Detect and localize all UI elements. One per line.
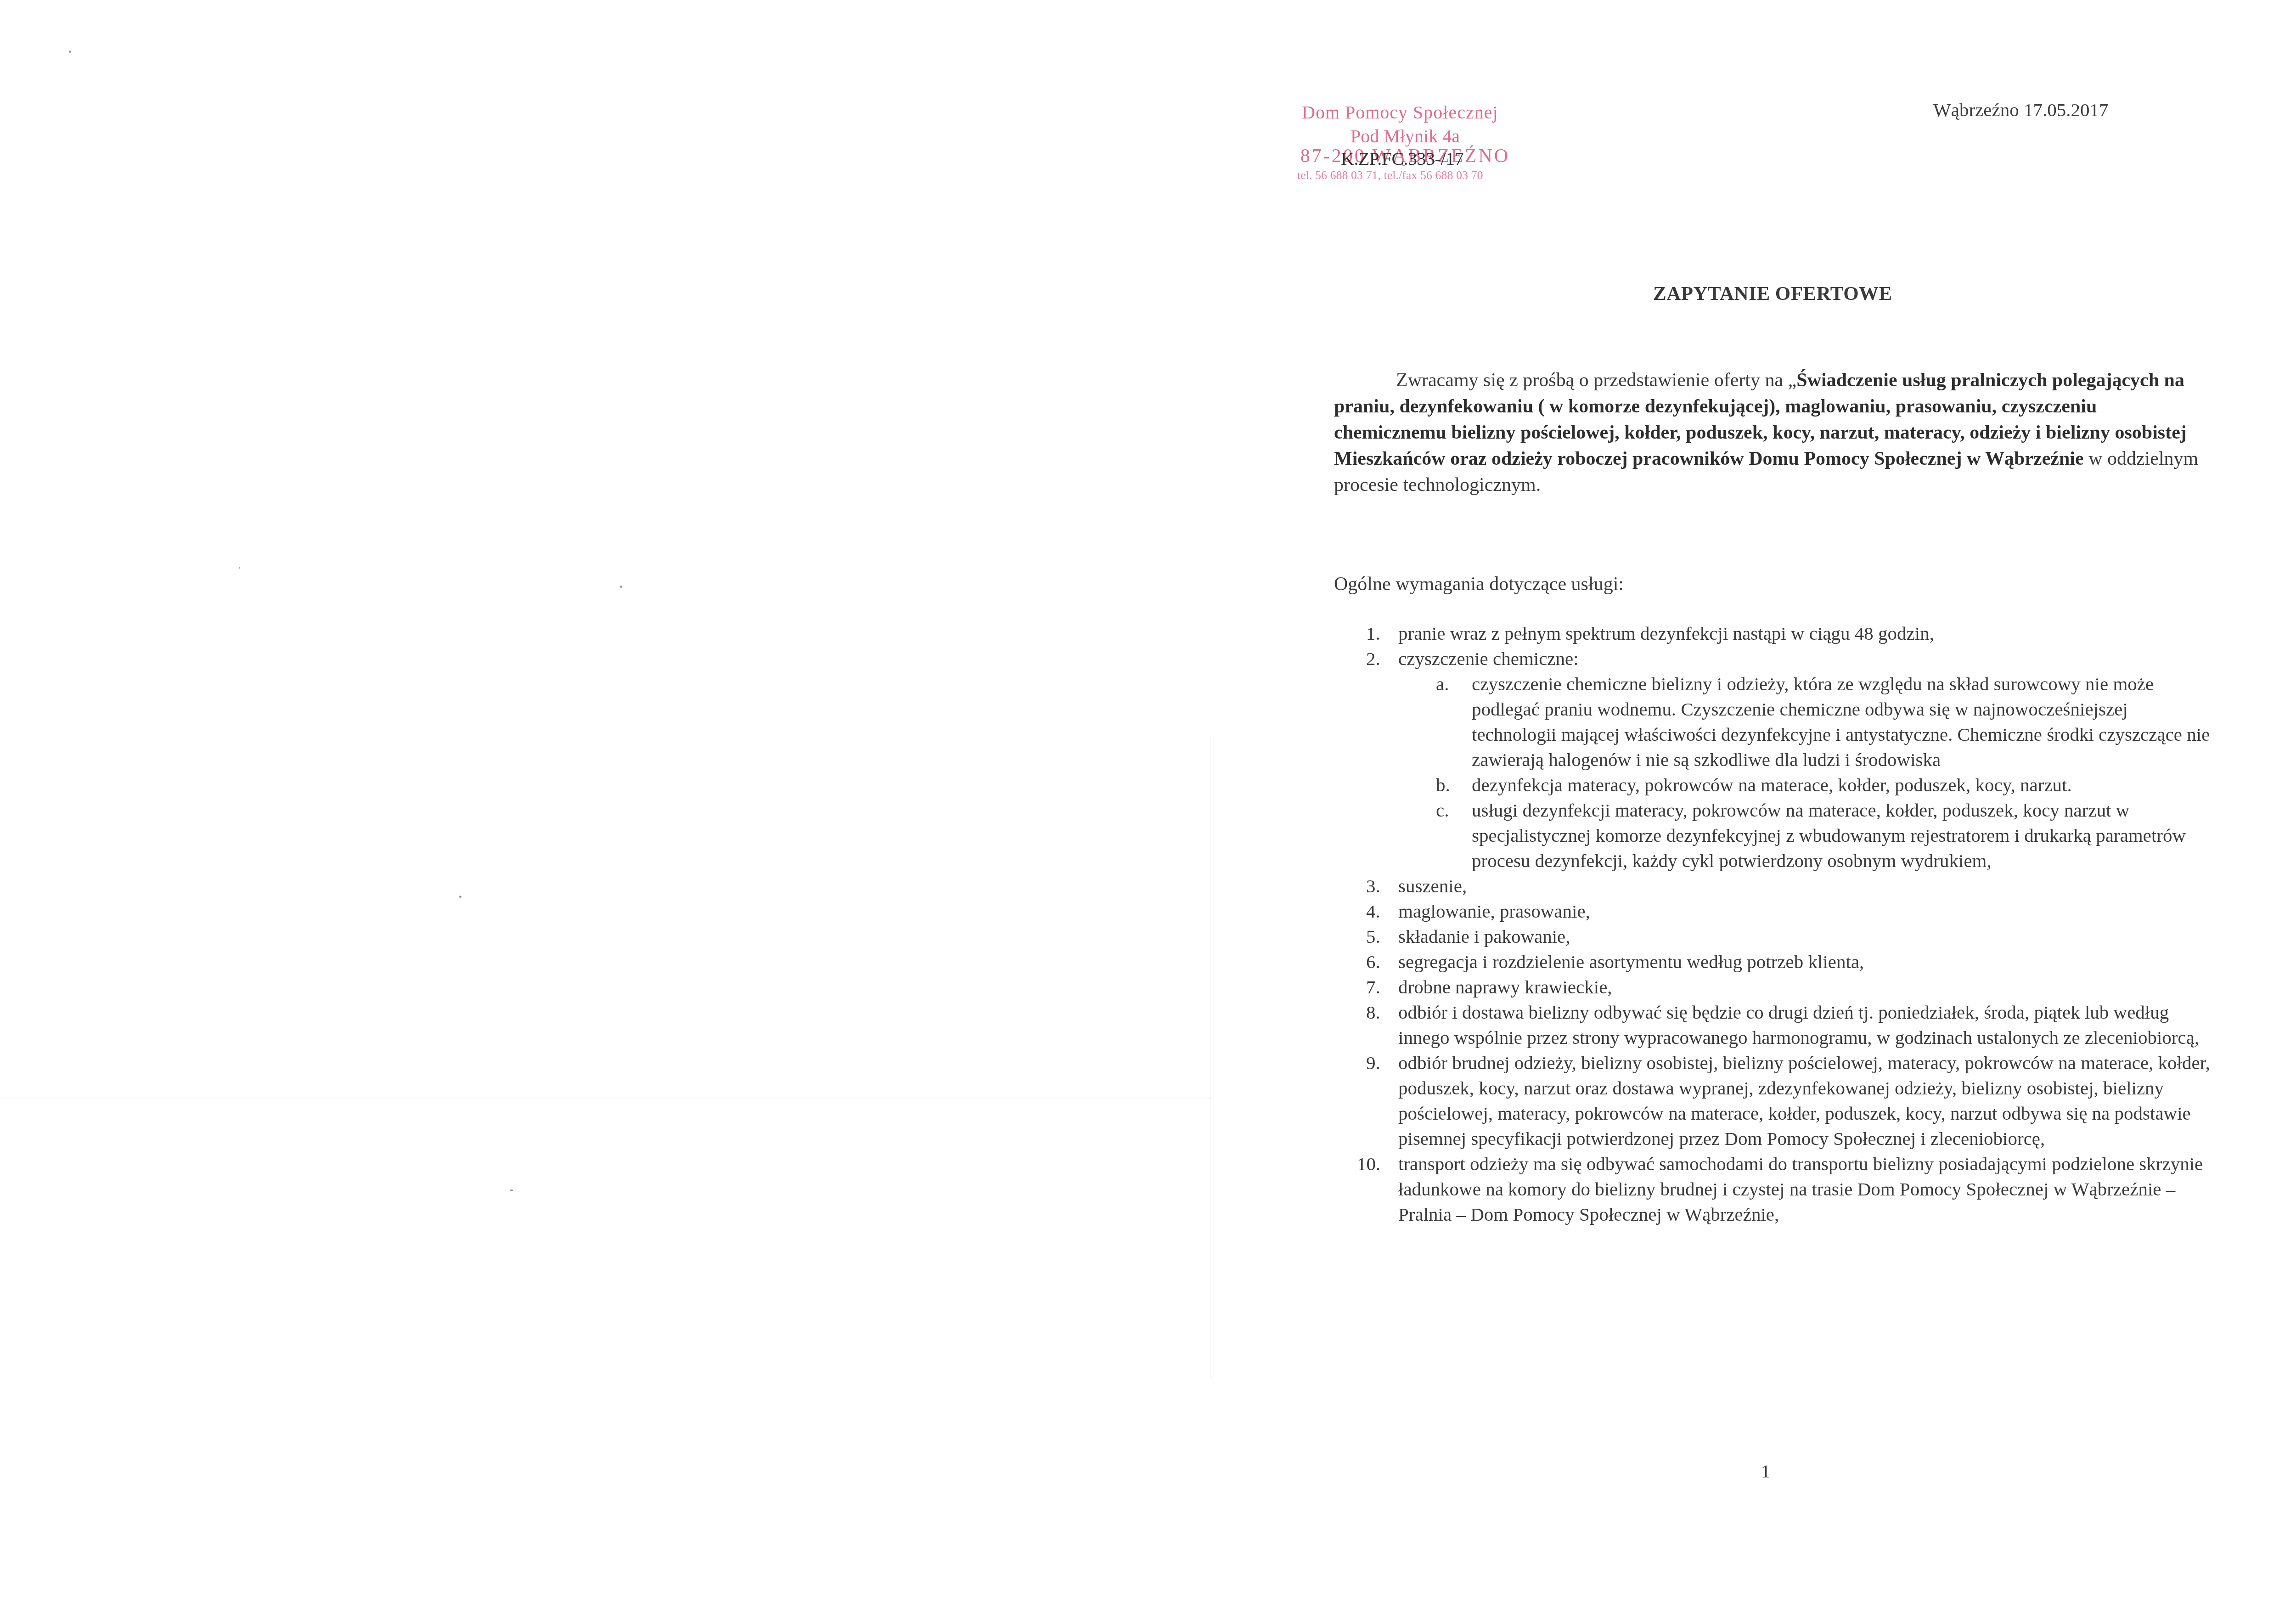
document-title: ZAPYTANIE OFERTOWE — [1653, 282, 1892, 305]
list-item: 7. drobne naprawy krawieckie, — [1334, 975, 2211, 1000]
list-item: 5. składanie i pakowanie, — [1334, 924, 2211, 949]
list-item: 10. transport odzieży ma się odbywać sam… — [1334, 1151, 2211, 1227]
list-item: 3. suszenie, — [1334, 874, 2211, 899]
scan-speck — [620, 586, 622, 588]
list-item: 1. pranie wraz z pełnym spektrum dezynfe… — [1334, 621, 2211, 646]
list-item-number: 10. — [1357, 1151, 1380, 1177]
list-item-text: pranie wraz z pełnym spektrum dezynfekcj… — [1398, 623, 1934, 644]
list-item-number: 9. — [1366, 1050, 1380, 1076]
blank-scanned-page — [0, 0, 1212, 1612]
sub-list-text: czyszczenie chemiczne bielizny i odzieży… — [1472, 673, 2210, 770]
scan-speck — [459, 896, 461, 898]
sub-list-item: a. czyszczenie chemiczne bielizny i odzi… — [1334, 671, 2211, 772]
list-item: 6. segregacja i rozdzielenie asortymentu… — [1334, 949, 2211, 975]
list-item: 9. odbiór brudnej odzieży, bielizny osob… — [1334, 1050, 2211, 1151]
list-item: 2. czyszczenie chemiczne: a. czyszczenie… — [1334, 646, 2211, 874]
sub-list-letter: c. — [1436, 798, 1449, 823]
scan-speck — [69, 51, 71, 53]
list-item-number: 5. — [1366, 924, 1380, 949]
scan-speck — [510, 1189, 513, 1191]
page-number: 1 — [1761, 1460, 1770, 1482]
list-item-number: 1. — [1366, 621, 1380, 646]
sub-list-item: b. dezynfekcja materacy, pokrowców na ma… — [1334, 772, 2211, 798]
scan-speck — [239, 567, 240, 569]
stamp-institution-name: Dom Pomocy Społecznej — [1297, 103, 1513, 122]
list-item: 8. odbiór i dostawa bielizny odbywać się… — [1334, 1000, 2211, 1050]
sub-list: a. czyszczenie chemiczne bielizny i odzi… — [1398, 671, 2211, 874]
place-and-date: Wąbrzeźno 17.05.2017 — [1933, 99, 2108, 121]
institution-stamp: Dom Pomocy Społecznej Pod Młynik 4a 87-2… — [1297, 103, 1513, 181]
intro-lead: Zwracamy się z prośbą o przedstawienie o… — [1396, 370, 1796, 391]
sub-list-text: usługi dezynfekcji materacy, pokrowców n… — [1472, 800, 2186, 871]
list-item-text: segregacja i rozdzielenie asortymentu we… — [1398, 951, 1864, 972]
sub-list-letter: b. — [1436, 772, 1450, 798]
list-item-number: 2. — [1366, 646, 1380, 671]
list-item-text: czyszczenie chemiczne: — [1398, 648, 1579, 669]
list-item-text: suszenie, — [1398, 875, 1467, 896]
list-item-number: 6. — [1366, 949, 1380, 975]
sub-list-text: dezynfekcja materacy, pokrowców na mater… — [1472, 774, 2072, 795]
scan-crease-line — [1210, 735, 1211, 1378]
list-item-number: 7. — [1366, 975, 1380, 1000]
sub-list-letter: a. — [1436, 671, 1449, 697]
list-item-text: odbiór i dostawa bielizny odbywać się bę… — [1398, 1002, 2199, 1048]
list-item-number: 4. — [1366, 899, 1380, 924]
intro-paragraph: Zwracamy się z prośbą o przedstawienie o… — [1334, 367, 2206, 498]
reference-number: K.ZP.FC.333-/17 — [1341, 148, 1463, 169]
stamp-street: Pod Młynik 4a — [1297, 127, 1513, 146]
list-item-text: transport odzieży ma się odbywać samocho… — [1398, 1153, 2203, 1225]
list-item-number: 3. — [1366, 874, 1380, 899]
list-item-number: 8. — [1366, 1000, 1380, 1025]
list-item-text: maglowanie, prasowanie, — [1398, 901, 1590, 922]
list-item-text: drobne naprawy krawieckie, — [1398, 976, 1612, 998]
list-item-text: składanie i pakowanie, — [1398, 926, 1570, 947]
scan-fold-line — [0, 1098, 1212, 1099]
requirements-heading: Ogólne wymagania dotyczące usługi: — [1334, 573, 1624, 595]
sub-list-item: c. usługi dezynfekcji materacy, pokrowcó… — [1334, 798, 2211, 874]
stamp-phone: tel. 56 688 03 71, tel./fax 56 688 03 70 — [1297, 169, 1513, 181]
list-item-text: odbiór brudnej odzieży, bielizny osobist… — [1398, 1052, 2210, 1149]
requirements-list: 1. pranie wraz z pełnym spektrum dezynfe… — [1334, 621, 2211, 1227]
list-item: 4. maglowanie, prasowanie, — [1334, 899, 2211, 924]
